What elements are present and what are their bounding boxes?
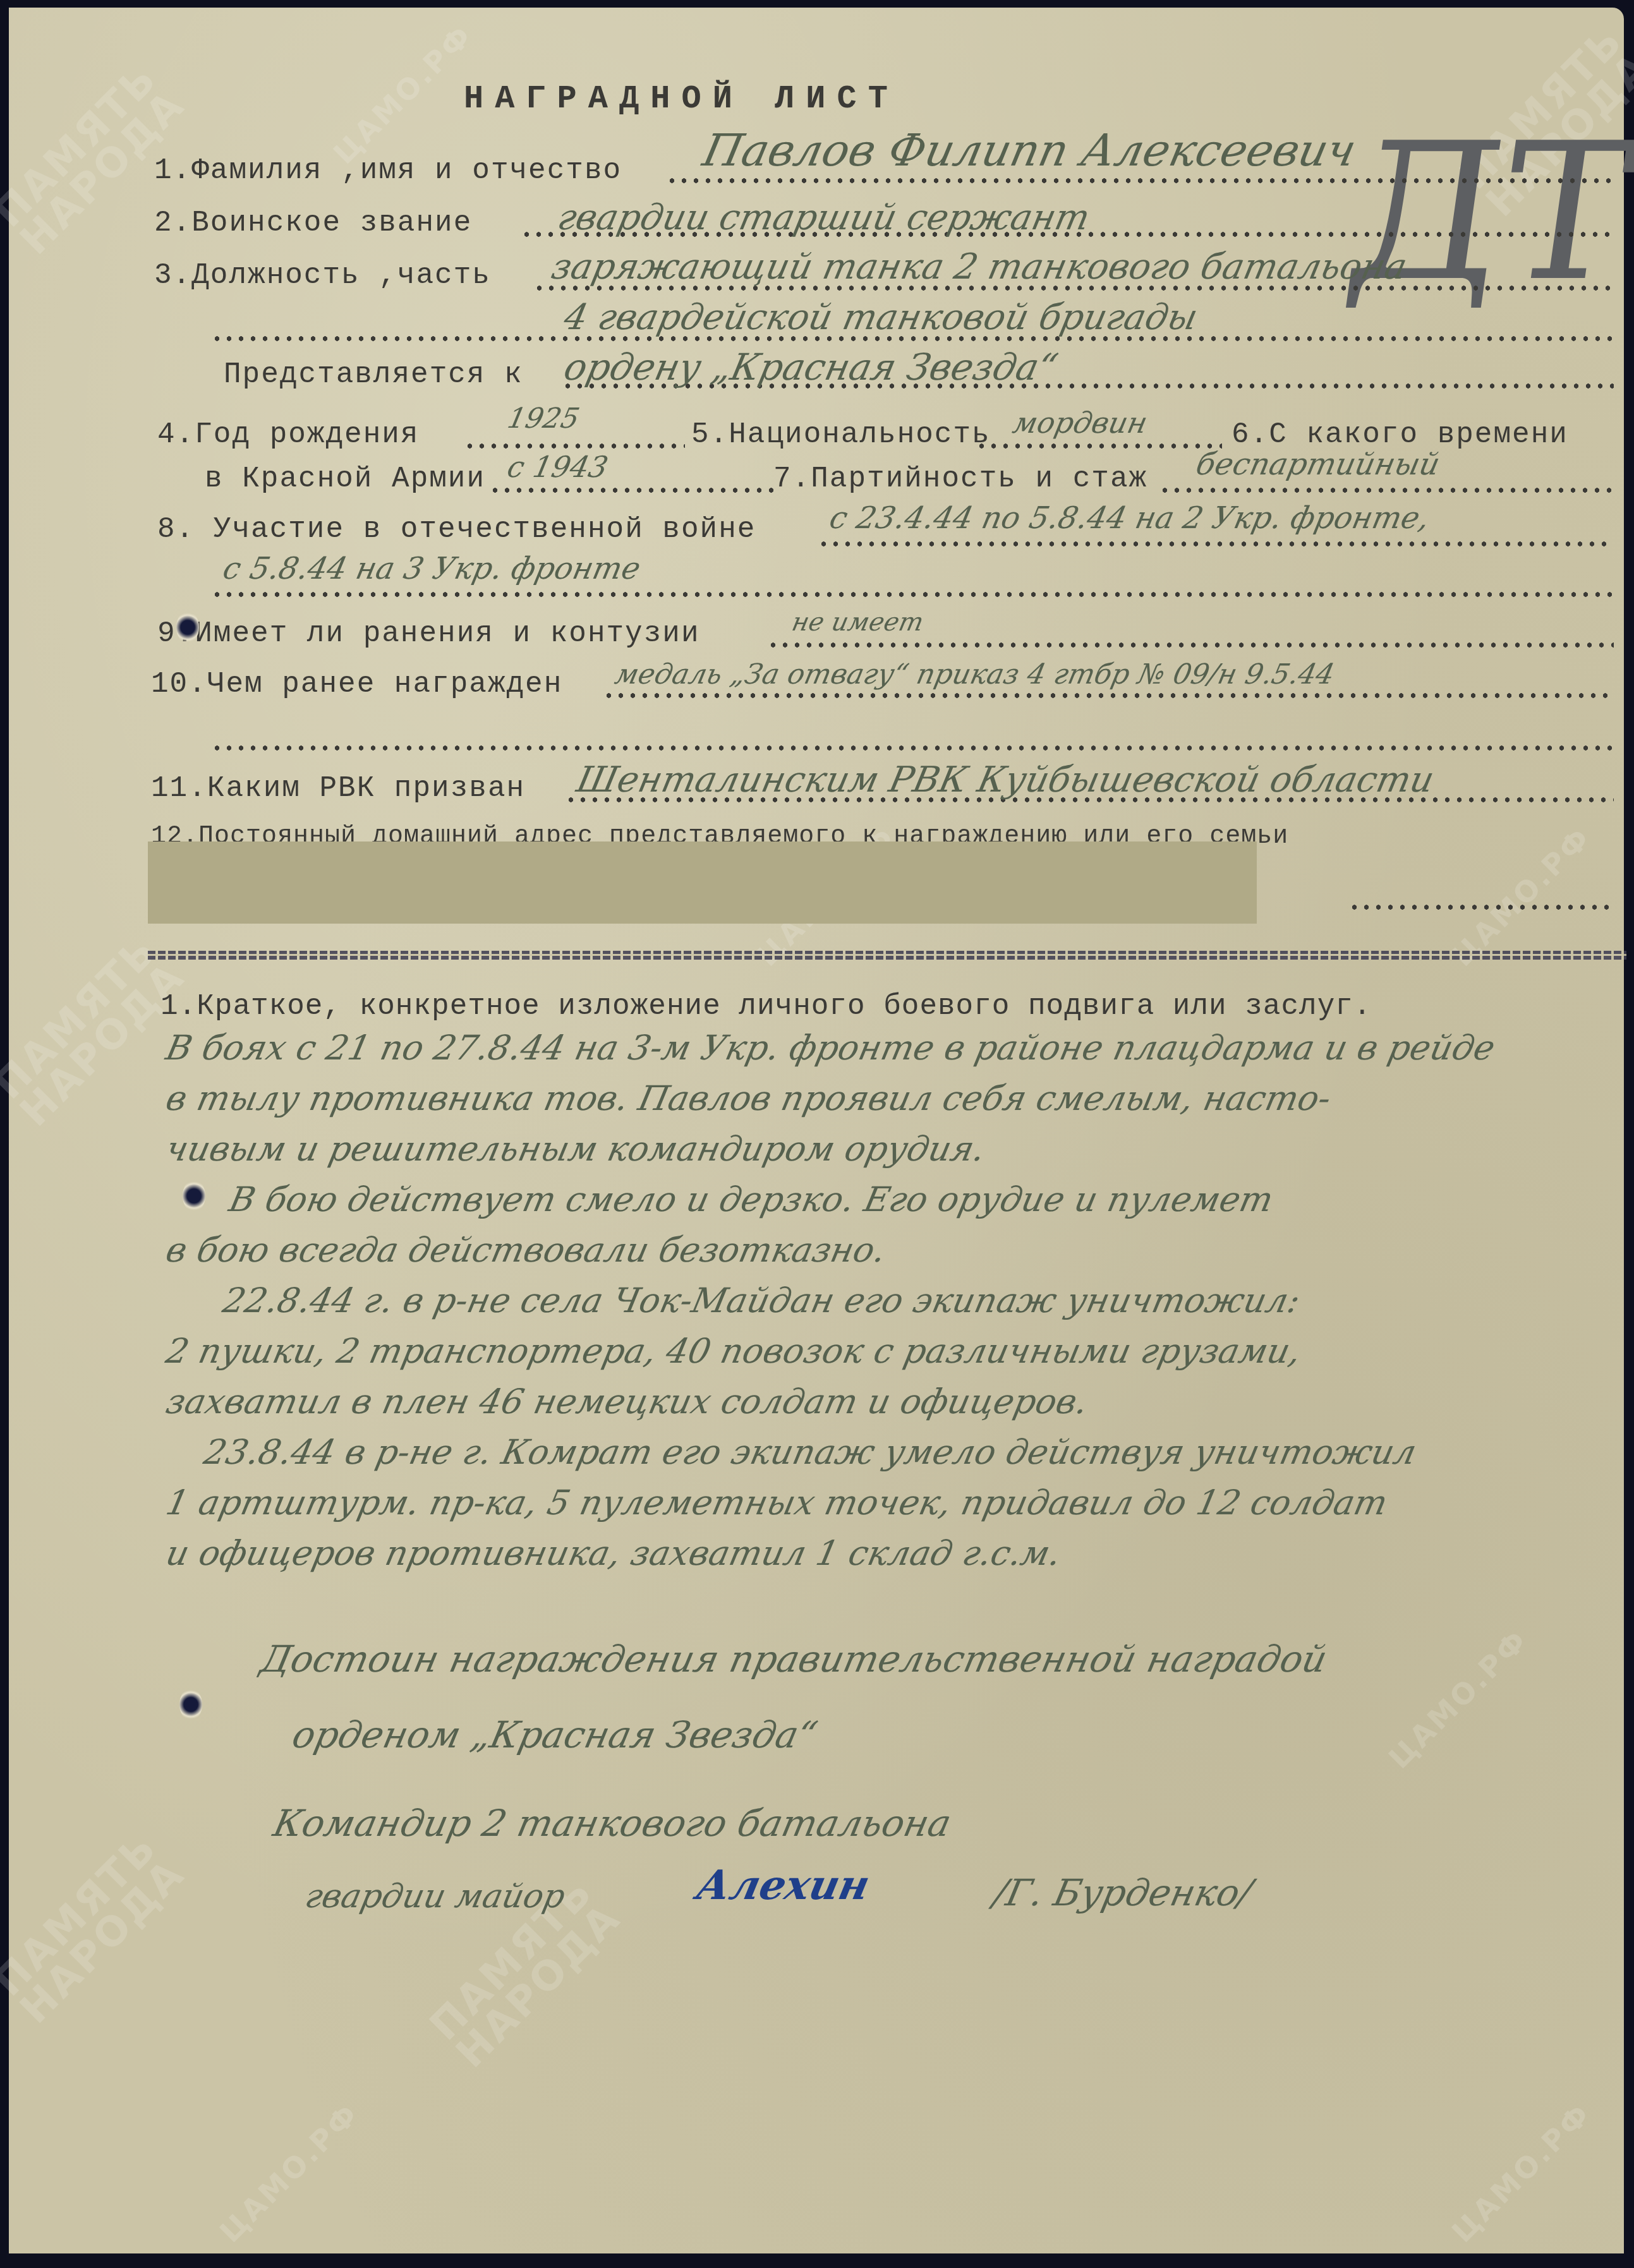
field-6-value-since: с 1943 [504, 450, 611, 484]
field-7-value-party: беспартийный [1193, 447, 1443, 482]
document-title: НАГРАДНОЙ ЛИСТ [464, 80, 899, 118]
dotted-line [666, 178, 1614, 183]
field-6-label-cont: в Красной Армии [205, 462, 485, 495]
field-9-label: 9.Имеет ли ранения и контузии [157, 617, 700, 650]
field-8-value-period-1: с 23.4.44 по 5.8.44 на 2 Укр. фронте, [826, 500, 1432, 536]
field-11-label: 11.Каким РВК призван [151, 772, 525, 805]
dotted-line [464, 443, 685, 449]
presented-to-value-award: ордену „Красная Звезда“ [560, 346, 1062, 389]
field-5-value-nationality: мордвин [1010, 406, 1151, 440]
punch-hole [179, 1688, 202, 1721]
signer-rank: гвардии майор [302, 1878, 569, 1915]
merits-heading: 1.Краткое, конкретное изложение личного … [160, 990, 1372, 1023]
dotted-line [767, 642, 1614, 648]
field-3-label: 3.Должность ,часть [154, 259, 491, 292]
dotted-line [976, 443, 1222, 449]
conclusion-line: Достоин награждения правительственной на… [257, 1638, 1331, 1680]
section-separator [148, 951, 1626, 960]
narrative-line: в бою всегда действовали безотказно. [162, 1230, 889, 1270]
field-1-label: 1.Фамилия ,имя и отчество [154, 154, 622, 187]
narrative-line: В бою действует смело и дерзко. Его оруд… [226, 1179, 1276, 1219]
watermark-pamyat-naroda: ПАМЯТЬНАРОДА [0, 1826, 191, 2030]
dotted-line [1159, 488, 1614, 493]
watermark-tsamo: ЦАМО.РФ [1445, 2096, 1598, 2249]
watermark-tsamo: ЦАМО.РФ [213, 2096, 366, 2249]
field-1-value-full-name: Павлов Филипп Алексеевич [698, 124, 1360, 176]
field-8-label: 8. Участие в отечественной войне [157, 513, 756, 546]
conclusion-line: орденом „Красная Звезда“ [289, 1713, 821, 1756]
award-sheet: ПАМЯТЬНАРОДА ПАМЯТЬНАРОДА ПАМЯТЬНАРОДА П… [9, 8, 1624, 2253]
dotted-line [818, 541, 1614, 546]
signature: Алехин [693, 1862, 874, 1909]
watermark-pamyat-naroda: ПАМЯТЬНАРОДА [0, 929, 191, 1133]
field-4-label: 4.Год рождения [157, 418, 419, 451]
narrative-line: 1 артштурм. пр-ка, 5 пулеметных точек, п… [162, 1483, 1391, 1523]
narrative-line: В боях с 21 по 27.8.44 на 3-м Укр. фронт… [162, 1028, 1499, 1068]
narrative-line: 22.8.44 г. в р-не села Чок-Майдан его эк… [219, 1281, 1304, 1320]
dotted-line [489, 488, 780, 493]
dotted-line [603, 693, 1614, 698]
narrative-line: 23.8.44 в р-не г. Комрат его экипаж умел… [200, 1432, 1420, 1472]
field-5-label: 5.Национальность [691, 418, 991, 451]
punch-hole [176, 611, 199, 644]
field-4-value-birth-year: 1925 [505, 402, 583, 435]
narrative-line: в тылу противника тов. Павлов проявил се… [162, 1078, 1334, 1118]
narrative-line: 2 пушки, 2 транспортера, 40 повозок с ра… [162, 1331, 1305, 1371]
field-10-value-previous-awards: медаль „За отвагу“ приказ 4 гтбр № 09/н … [612, 658, 1338, 691]
dotted-line [211, 745, 1614, 751]
field-2-label: 2.Воинское звание [154, 207, 472, 239]
field-11-value-rvk: Шенталинским РВК Куйбышевской области [573, 759, 1437, 800]
narrative-line: и офицеров противника, захватил 1 склад … [162, 1533, 1065, 1573]
watermark-tsamo: ЦАМО.РФ [1445, 820, 1598, 973]
watermark-tsamo: ЦАМО.РФ [1382, 1622, 1535, 1775]
dotted-line [1348, 905, 1614, 910]
field-3-value-position: заряжающий танка 2 танкового батальона [548, 246, 1410, 287]
watermark-tsamo: ЦАМО.РФ [327, 18, 480, 171]
narrative-line: захватил в плен 46 немецких солдат и офи… [162, 1382, 1091, 1421]
narrative-line: чивым и решительным командиром орудия. [162, 1129, 989, 1169]
presented-to-label: Представляется к [224, 358, 523, 391]
field-10-label: 10.Чем ранее награжден [151, 668, 562, 701]
signer-name: /Г. Бурденко/ [990, 1871, 1256, 1914]
field-9-value-wounds: не имеет [789, 608, 926, 637]
signer-title: Командир 2 танкового батальона [270, 1802, 955, 1845]
field-8-value-period-2: с 5.8.44 на 3 Укр. фронте [220, 551, 644, 586]
dotted-line [211, 592, 1614, 597]
field-2-value-rank: гвардии старший сержант [554, 197, 1093, 238]
punch-hole [183, 1179, 205, 1212]
field-3-value-unit: 4 гвардейской танковой бригады [560, 297, 1201, 338]
redacted-address-block [148, 841, 1257, 924]
corner-pencil-mark: ДТТ [1331, 102, 1567, 342]
field-7-label: 7.Партийность и стаж [773, 462, 1147, 495]
